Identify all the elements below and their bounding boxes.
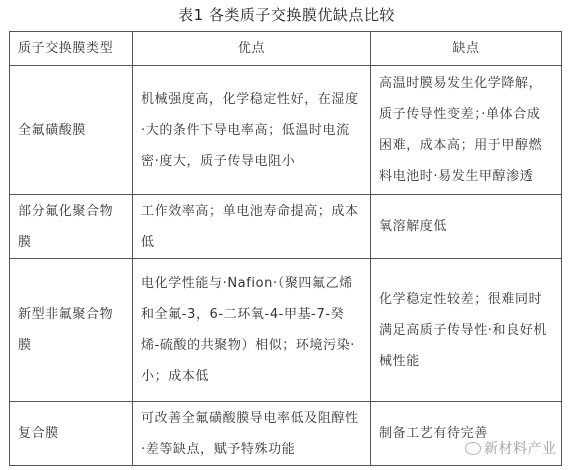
- cell-pros: 电化学性能与·Nafion·（聚四氟乙烯和全氟-3，6-二环氧-4-甲基-7-癸…: [133, 259, 371, 402]
- table-row: 部分氟化聚合物膜 工作效率高；单电池寿命提高；成本低 氧溶解度低: [10, 195, 562, 259]
- watermark-text: 新材料产业: [484, 438, 557, 458]
- cell-cons: 高温时膜易发生化学降解，质子传导性变差；·单体合成困难，成本高；用于甲醇燃料电池…: [371, 66, 562, 195]
- table-title: 表1 各类质子交换膜优缺点比较: [0, 4, 573, 25]
- watermark: 新材料产业: [465, 438, 557, 458]
- cell-type: 部分氟化聚合物膜: [10, 195, 133, 259]
- header-pros: 优点: [133, 32, 371, 66]
- cell-type: 新型非氟聚合物膜: [10, 259, 133, 402]
- table-row: 新型非氟聚合物膜 电化学性能与·Nafion·（聚四氟乙烯和全氟-3，6-二环氧…: [10, 259, 562, 402]
- table-row: 全氟磺酸膜 机械强度高，化学稳定性好，在湿度·大的条件下导电率高；低温时电流密·…: [10, 66, 562, 195]
- cell-pros: 可改善全氟磺酸膜导电率低及阻醇性·差等缺点，赋予特殊功能: [133, 402, 371, 466]
- cell-cons: 化学稳定性较差；很难同时满足高质子传导性·和良好机械性能: [371, 259, 562, 402]
- header-cons: 缺点: [371, 32, 562, 66]
- cell-type: 复合膜: [10, 402, 133, 466]
- cell-cons: 氧溶解度低: [371, 195, 562, 259]
- table-header-row: 质子交换膜类型 优点 缺点: [10, 32, 562, 66]
- cell-pros: 工作效率高；单电池寿命提高；成本低: [133, 195, 371, 259]
- cell-type: 全氟磺酸膜: [10, 66, 133, 195]
- comparison-table: 质子交换膜类型 优点 缺点 全氟磺酸膜 机械强度高，化学稳定性好，在湿度·大的条…: [9, 31, 562, 466]
- wechat-icon: [465, 442, 481, 455]
- cell-pros: 机械强度高，化学稳定性好，在湿度·大的条件下导电率高；低温时电流密·度大，质子传…: [133, 66, 371, 195]
- header-type: 质子交换膜类型: [10, 32, 133, 66]
